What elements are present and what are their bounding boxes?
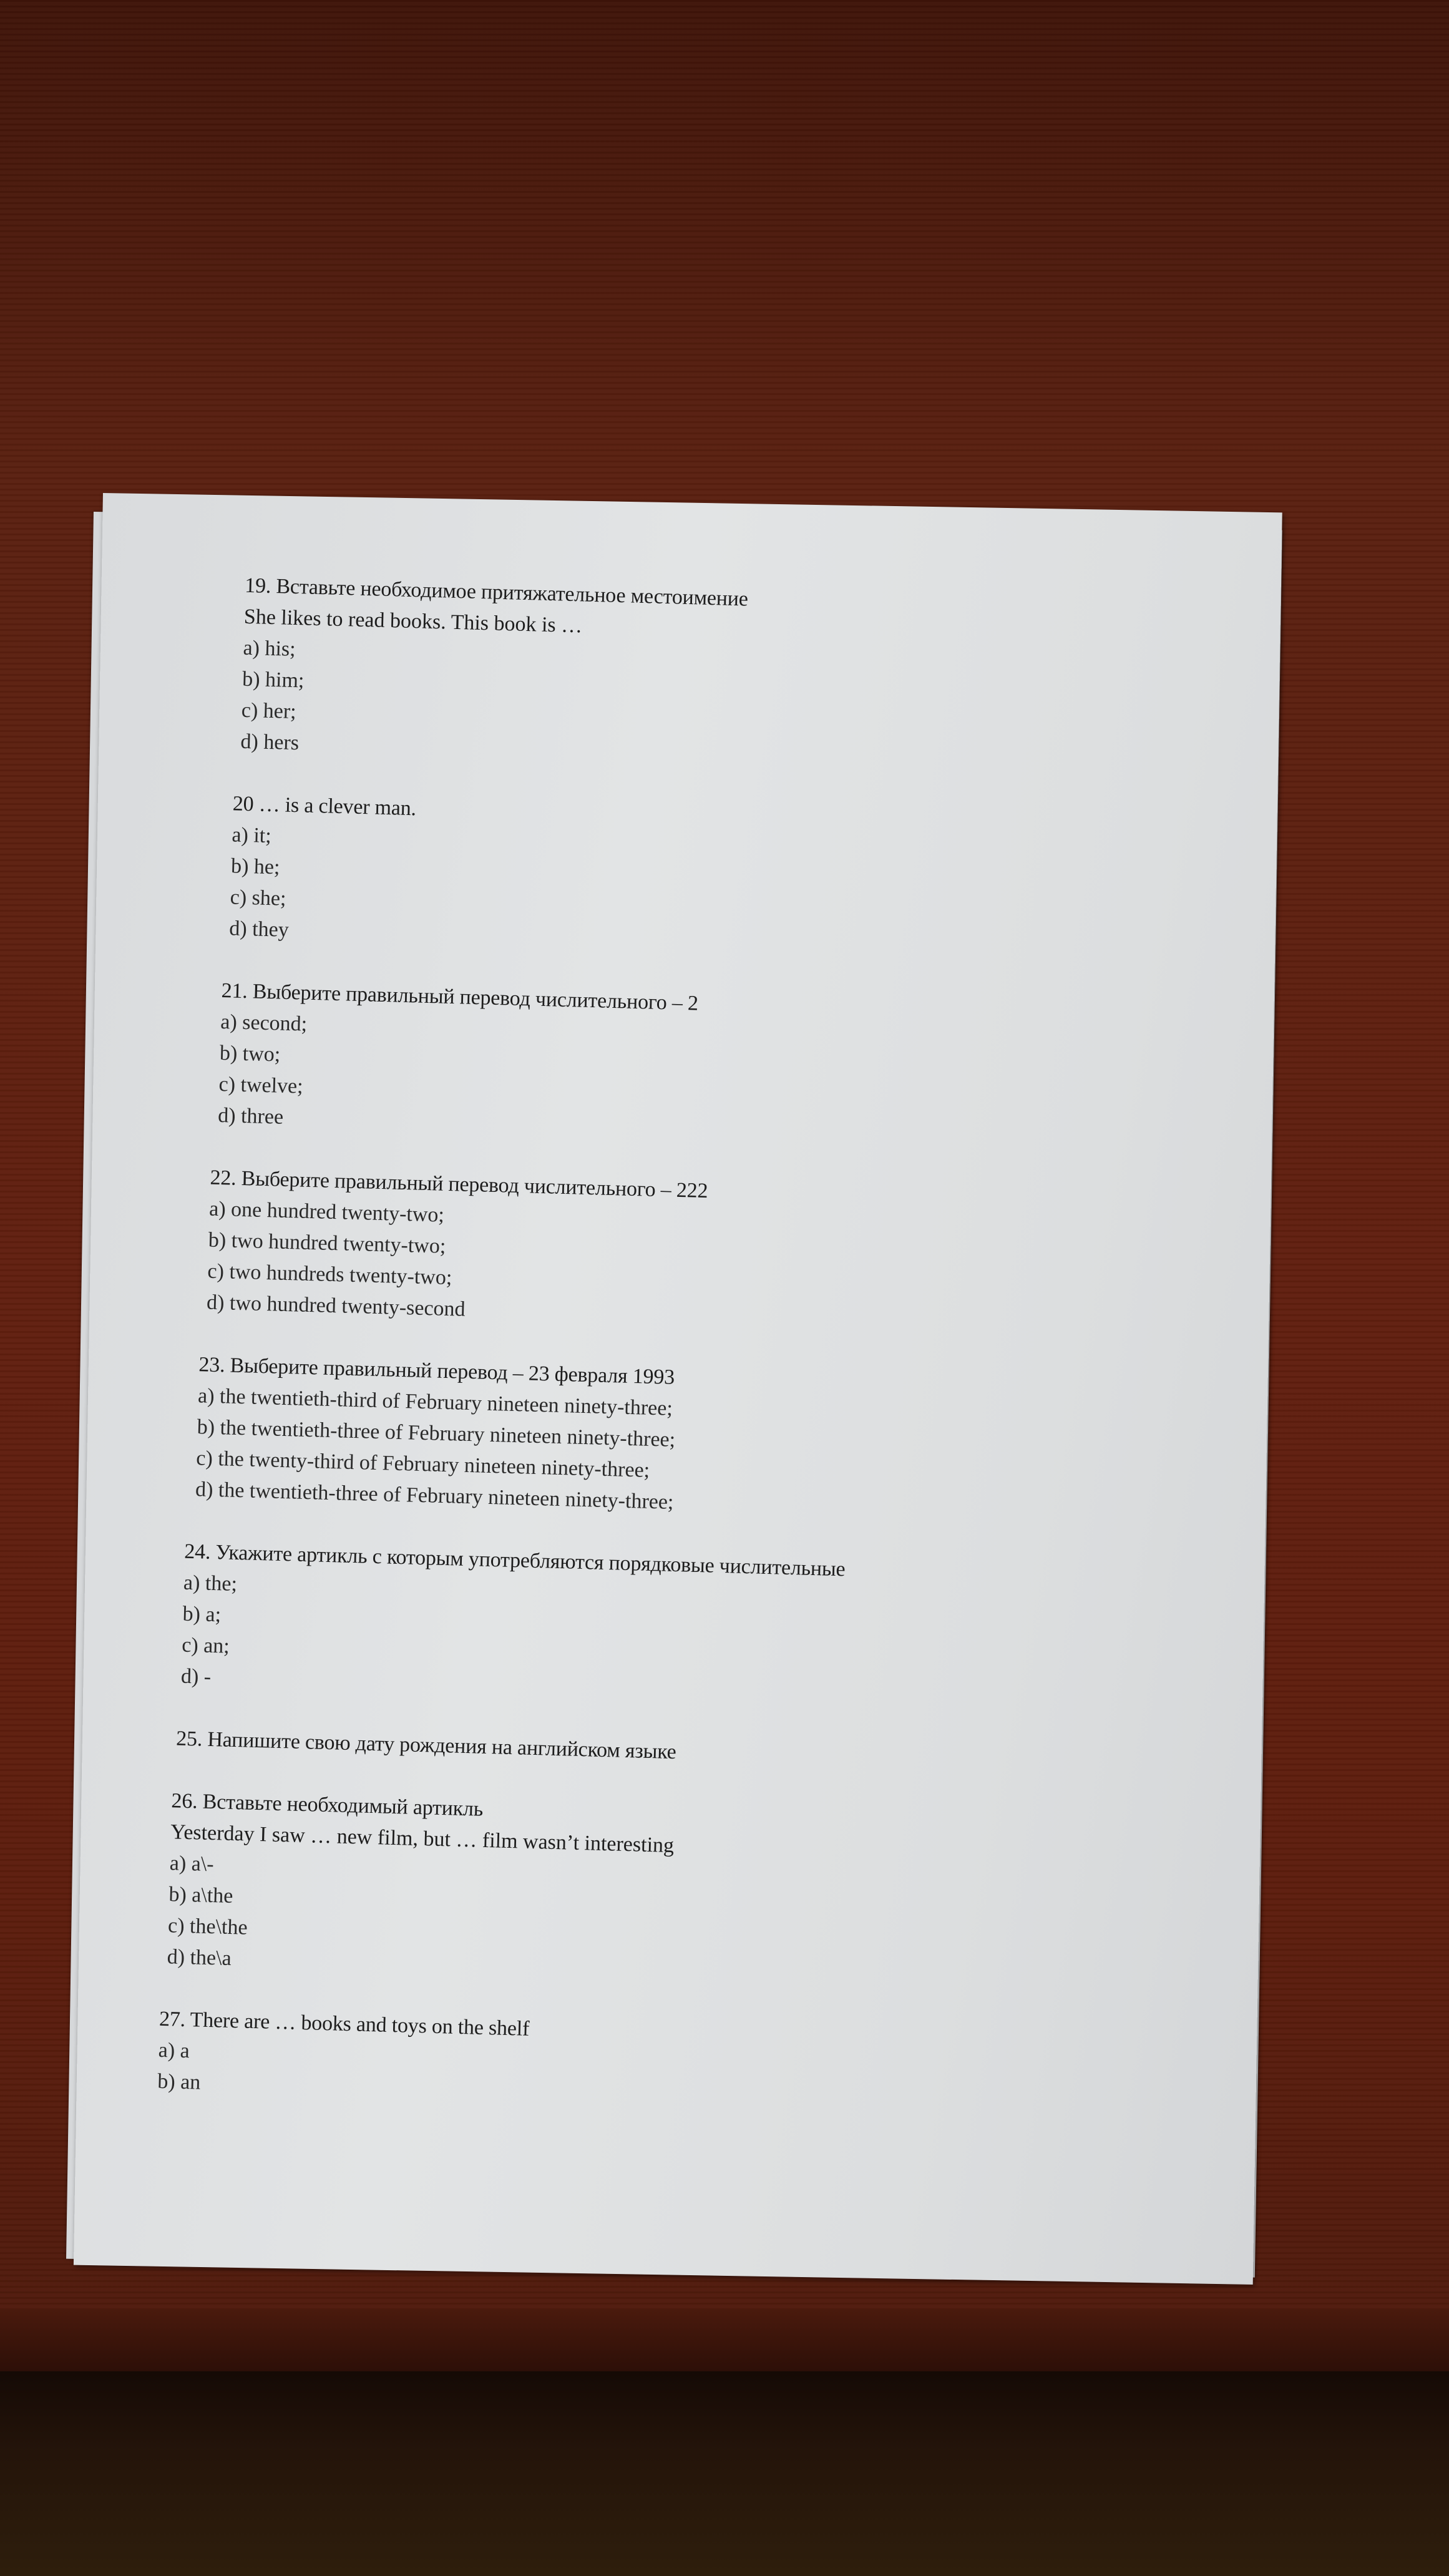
question-22: 22. Выберите правильный перевод числител… [207, 1163, 1227, 1346]
question-19: 19. Вставьте необходимое притяжательное … [240, 570, 1244, 784]
sheet-content: 19. Вставьте необходимое притяжательное … [203, 570, 1243, 2157]
question-24: 24. Укажите артикль с которым употребляю… [180, 1536, 1217, 1720]
question-20: 20 … is a clever man. a) it; b) he; c) s… [229, 788, 1237, 971]
floor [0, 2371, 1449, 2576]
desk-edge [0, 2309, 1449, 2378]
test-sheet: 19. Вставьте необходимое притяжательное … [74, 493, 1282, 2285]
question-27: 27. There are … books and toys on the sh… [157, 2004, 1204, 2125]
question-21: 21. Выберите правильный перевод числител… [218, 975, 1232, 1159]
question-23: 23. Выберите правильный перевод – 23 фев… [195, 1349, 1222, 1533]
question-26: 26. Вставьте необходимый артикль Yesterd… [167, 1785, 1211, 2001]
